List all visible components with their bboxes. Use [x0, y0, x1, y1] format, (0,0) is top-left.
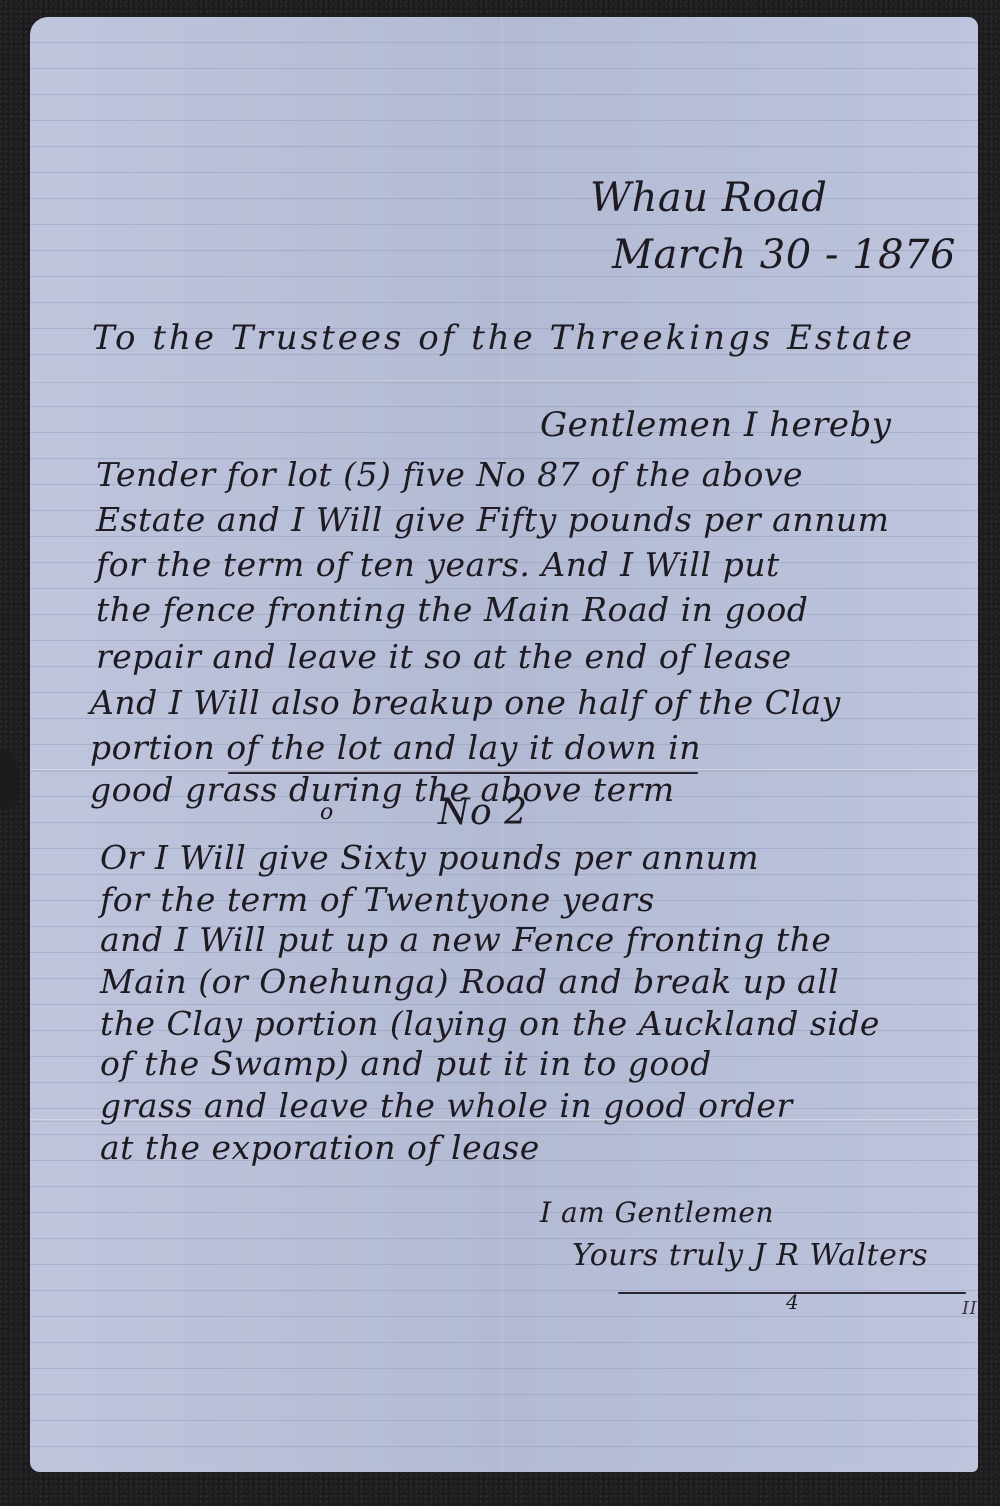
offer-2-line: for the term of Twentyone years [100, 880, 655, 919]
fold-crease-upper [30, 380, 978, 383]
page-number-mark: 4 [786, 1290, 799, 1314]
closing-line: I am Gentlemen [540, 1196, 774, 1229]
greeting: Gentlemen I hereby [540, 405, 892, 445]
heading-place: Whau Road [590, 175, 827, 221]
offer-1-line: repair and leave it so at the end of lea… [96, 637, 792, 676]
offer-1-line: good grass during the above term [90, 770, 675, 809]
offer-2-number: No 2 [438, 792, 528, 833]
offer-1-line: the fence fronting the Main Road in good [96, 590, 808, 629]
offer-1-line: portion of the lot and lay it down in [90, 728, 701, 767]
edge-mark: II [962, 1298, 977, 1319]
offer-1-line: Estate and I Will give Fifty pounds per … [96, 500, 889, 539]
offer-2-line: of the Swamp) and put it in to good [100, 1044, 712, 1083]
decorative-dot: o [320, 800, 334, 825]
offer-2-line: Main (or Onehunga) Road and break up all [100, 962, 839, 1001]
offer-2-line: Or I Will give Sixty pounds per annum [100, 838, 759, 877]
paper-tear [0, 750, 20, 810]
salutation: To the Trustees of the Threekings Estate [92, 318, 915, 358]
offer-2-line: grass and leave the whole in good order [100, 1086, 793, 1125]
offer-1-line: Tender for lot (5) five No 87 of the abo… [96, 455, 803, 494]
signature: Yours truly J R Walters [572, 1238, 928, 1273]
offer-1-line: And I Will also breakup one half of the … [90, 683, 841, 722]
offer-1-line: for the term of ten years. And I Will pu… [96, 545, 780, 584]
offer-2-line: and I Will put up a new Fence fronting t… [100, 920, 831, 959]
offer-1-underline [228, 772, 698, 774]
heading-date: March 30 - 1876 [612, 232, 956, 278]
offer-2-line: at the exporation of lease [100, 1128, 540, 1167]
offer-2-line: the Clay portion (laying on the Auckland… [100, 1004, 880, 1043]
